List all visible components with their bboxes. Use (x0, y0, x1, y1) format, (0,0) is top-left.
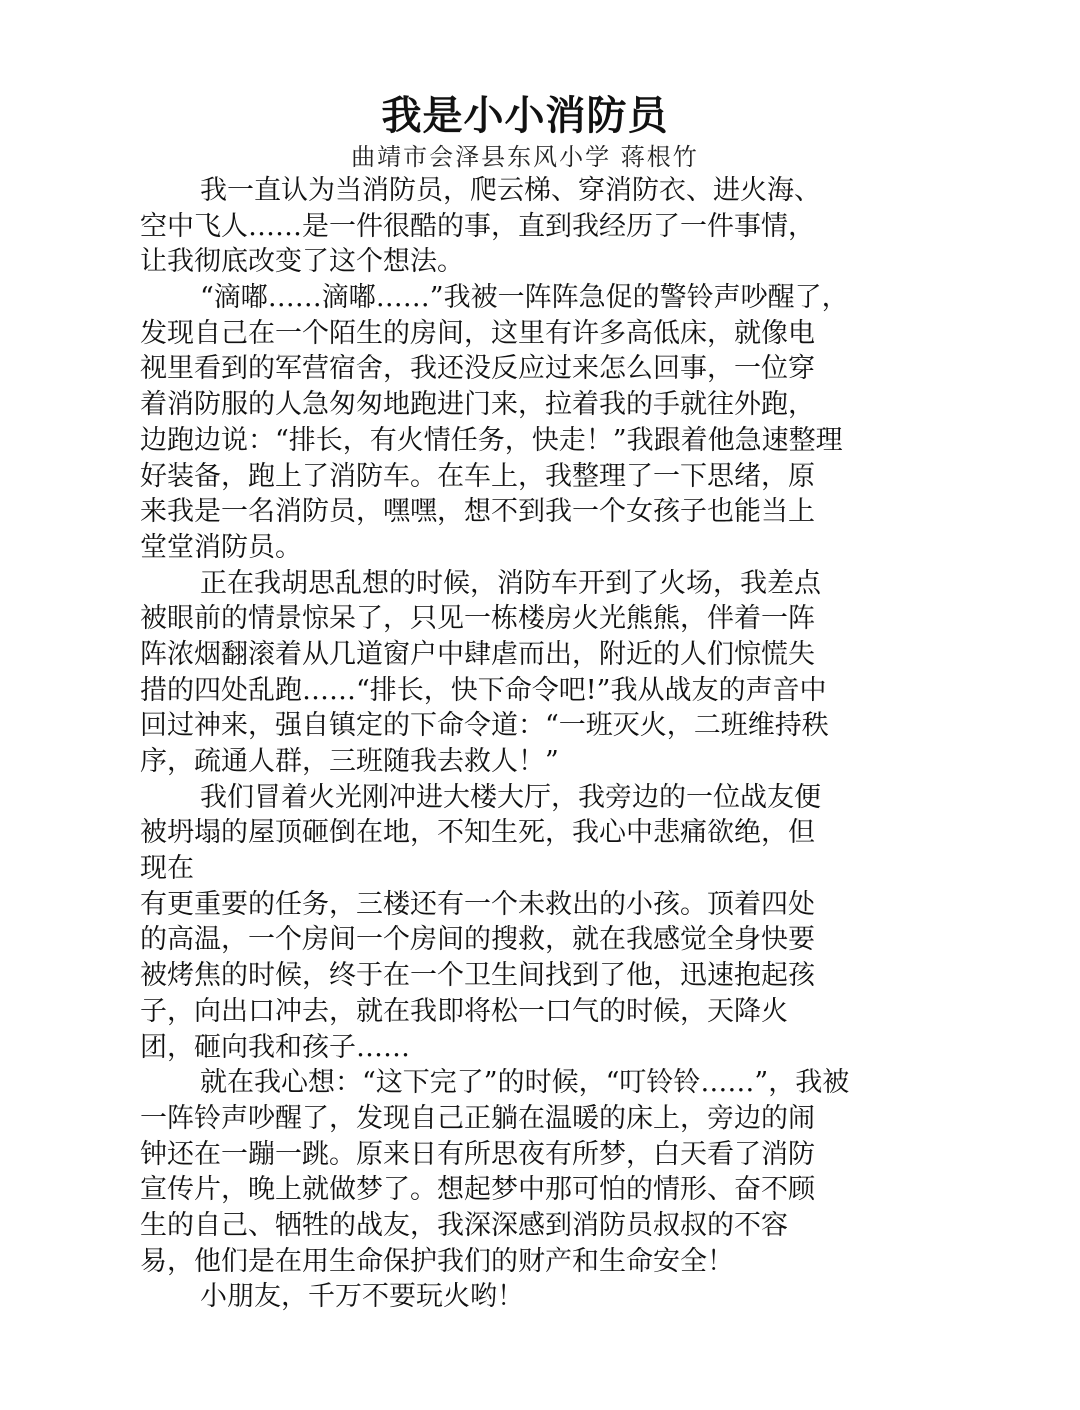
author-line: 曲靖市会泽县东风小学 蒋根竹 (0, 142, 1050, 172)
text-line: 被烤焦的时候，终于在一个卫生间找到了他，迅速抱起孩 (140, 958, 920, 994)
text-line: 边跑边说：“排长，有火情任务，快走！”我跟着他急速整理 (140, 423, 920, 459)
text-line: 被坍塌的屋顶砸倒在地，不知生死，我心中悲痛欲绝，但 (140, 815, 920, 851)
text-line: 堂堂消防员。 (140, 530, 920, 566)
text-line: 生的自己、牺牲的战友，我深深感到消防员叔叔的不容 (140, 1208, 920, 1244)
text-line: 被眼前的情景惊呆了，只见一栋楼房火光熊熊，伴着一阵 (140, 601, 920, 637)
text-line: 易，他们是在用生命保护我们的财产和生命安全！ (140, 1244, 920, 1280)
document-body: 我一直认为当消防员，爬云梯、穿消防衣、进火海、 空中飞人……是一件很酷的事，直到… (140, 173, 920, 1315)
text-line: 来我是一名消防员，嘿嘿，想不到我一个女孩子也能当上 (140, 494, 920, 530)
text-line: “滴嘟……滴嘟……”我被一阵阵急促的警铃声吵醒了， (140, 280, 920, 316)
text-line: 正在我胡思乱想的时候，消防车开到了火场，我差点 (140, 566, 920, 602)
text-line: 着消防服的人急匆匆地跑进门来，拉着我的手就往外跑， (140, 387, 920, 423)
text-line: 就在我心想：“这下完了”的时候，“叮铃铃……”，我被 (140, 1065, 920, 1101)
text-line: 发现自己在一个陌生的房间，这里有许多高低床，就像电 (140, 316, 920, 352)
text-line: 钟还在一蹦一跳。原来日有所思夜有所梦，白天看了消防 (140, 1137, 920, 1173)
text-line: 视里看到的军营宿舍，我还没反应过来怎么回事，一位穿 (140, 351, 920, 387)
text-line: 现在 (140, 851, 920, 887)
text-line: 阵浓烟翻滚着从几道窗户中肆虐而出，附近的人们惊慌失 (140, 637, 920, 673)
text-line: 团，砸向我和孩子…… (140, 1030, 920, 1066)
text-line: 回过神来，强自镇定的下命令道：“一班灭火，二班维持秩 (140, 708, 920, 744)
text-line: 空中飞人……是一件很酷的事，直到我经历了一件事情， (140, 209, 920, 245)
text-line: 我一直认为当消防员，爬云梯、穿消防衣、进火海、 (140, 173, 920, 209)
text-line: 的高温，一个房间一个房间的搜救，就在我感觉全身快要 (140, 922, 920, 958)
text-line: 宣传片，晚上就做梦了。想起梦中那可怕的情形、奋不顾 (140, 1172, 920, 1208)
text-line: 我们冒着火光刚冲进大楼大厅，我旁边的一位战友便 (140, 780, 920, 816)
text-line: 措的四处乱跑……“排长，快下命令吧!”我从战友的声音中 (140, 673, 920, 709)
text-line: 子，向出口冲去，就在我即将松一口气的时候，天降火 (140, 994, 920, 1030)
text-line: 序，疏通人群，三班随我去救人！” (140, 744, 920, 780)
text-line: 让我彻底改变了这个想法。 (140, 244, 920, 280)
text-line: 小朋友，千万不要玩火哟！ (140, 1279, 920, 1315)
text-line: 好装备，跑上了消防车。在车上，我整理了一下思绪，原 (140, 459, 920, 495)
document-title: 我是小小消防员 (0, 92, 1050, 140)
text-line: 有更重要的任务，三楼还有一个未救出的小孩。顶着四处 (140, 887, 920, 923)
text-line: 一阵铃声吵醒了，发现自己正躺在温暖的床上，旁边的闹 (140, 1101, 920, 1137)
document-page: 我是小小消防员 曲靖市会泽县东风小学 蒋根竹 我一直认为当消防员，爬云梯、穿消防… (0, 0, 1080, 1410)
